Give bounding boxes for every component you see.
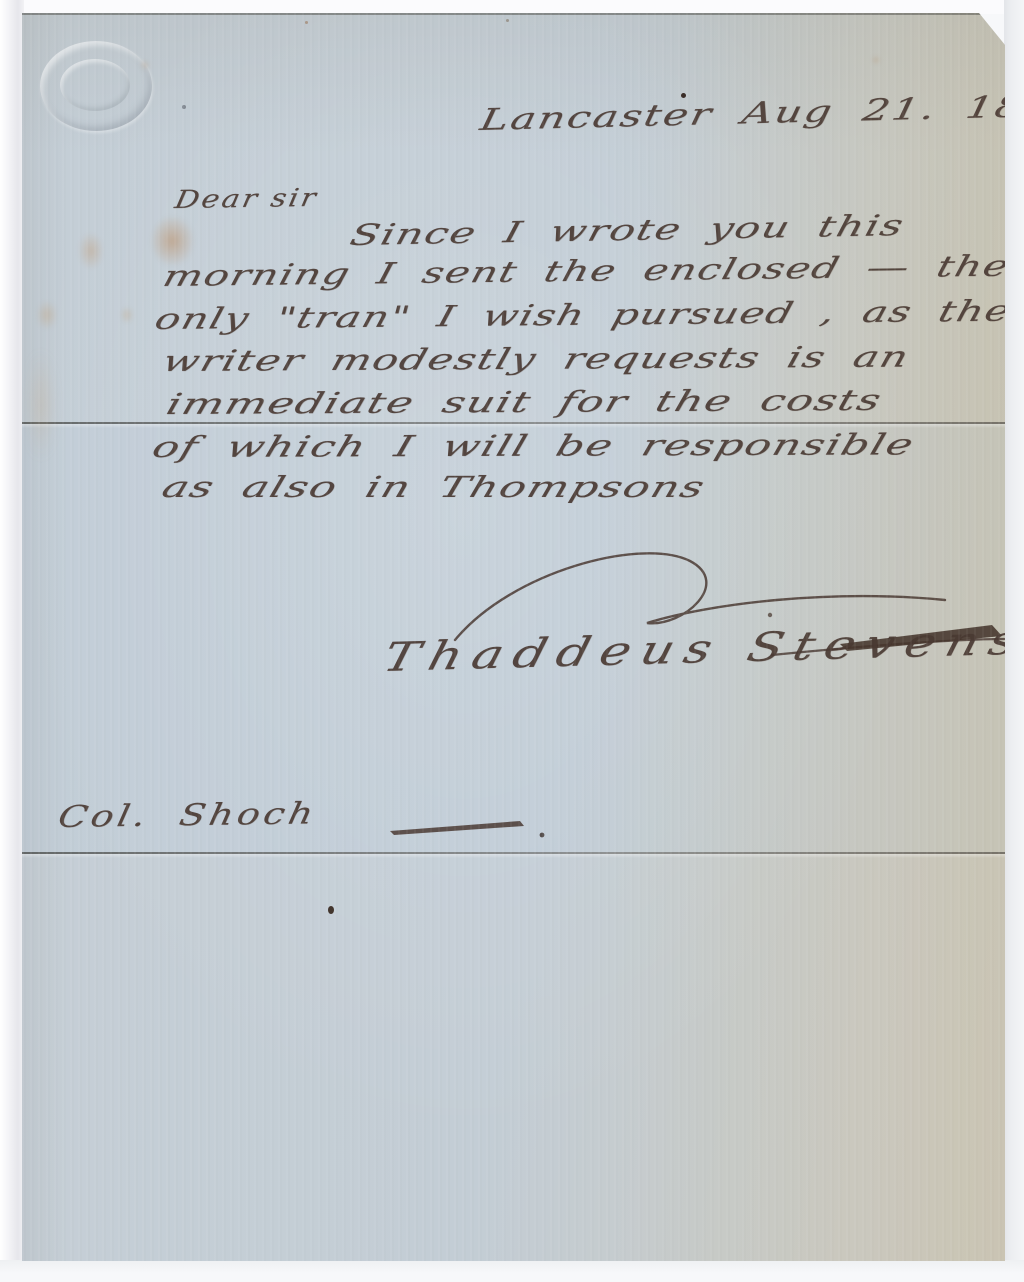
foxing-stain xyxy=(120,306,134,324)
bottom-fold-panel xyxy=(22,853,1005,1261)
dust-speck xyxy=(506,19,509,22)
embossed-seal-inner xyxy=(60,59,130,111)
sleeve-bottom-edge xyxy=(0,1260,1024,1282)
body-line-handwriting: immediate suit for the costs xyxy=(163,383,887,421)
sleeve-top-edge xyxy=(0,0,1024,14)
foxing-stain xyxy=(872,56,880,64)
dateline-handwriting: Lancaster Aug 21. 1855 xyxy=(477,88,1024,138)
letter-paper: Lancaster Aug 21. 1855 Dear sir Since I … xyxy=(22,13,1005,1261)
dust-speck xyxy=(182,105,186,109)
body-line-handwriting: writer modestly requests is an xyxy=(159,340,914,378)
sleeve-right-edge xyxy=(1004,0,1024,1282)
foxing-stain xyxy=(36,300,58,330)
body-line-handwriting: as also in Thompsons xyxy=(158,470,710,504)
addressee-handwriting: Col. Shoch xyxy=(55,796,320,835)
salutation-handwriting: Dear sir xyxy=(172,183,320,214)
addressee-dash-stroke xyxy=(390,813,565,845)
body-line-handwriting: of which I will be responsible xyxy=(148,427,918,464)
foxing-stain xyxy=(78,232,104,270)
body-line-handwriting: Since I wrote you this xyxy=(347,208,908,252)
sleeve-left-edge xyxy=(0,0,24,1282)
body-line-handwriting: only "tran" I wish pursued , as the xyxy=(151,294,1015,336)
fold-crease-lower xyxy=(22,852,1005,858)
embossed-seal xyxy=(40,41,152,131)
foxing-streak xyxy=(28,350,54,460)
signature-handwriting: Thaddeus Stevens xyxy=(378,618,1024,681)
body-line-handwriting: morning I sent the enclosed — the xyxy=(159,249,1013,293)
ink-speck xyxy=(328,906,334,914)
dust-speck xyxy=(305,21,308,24)
